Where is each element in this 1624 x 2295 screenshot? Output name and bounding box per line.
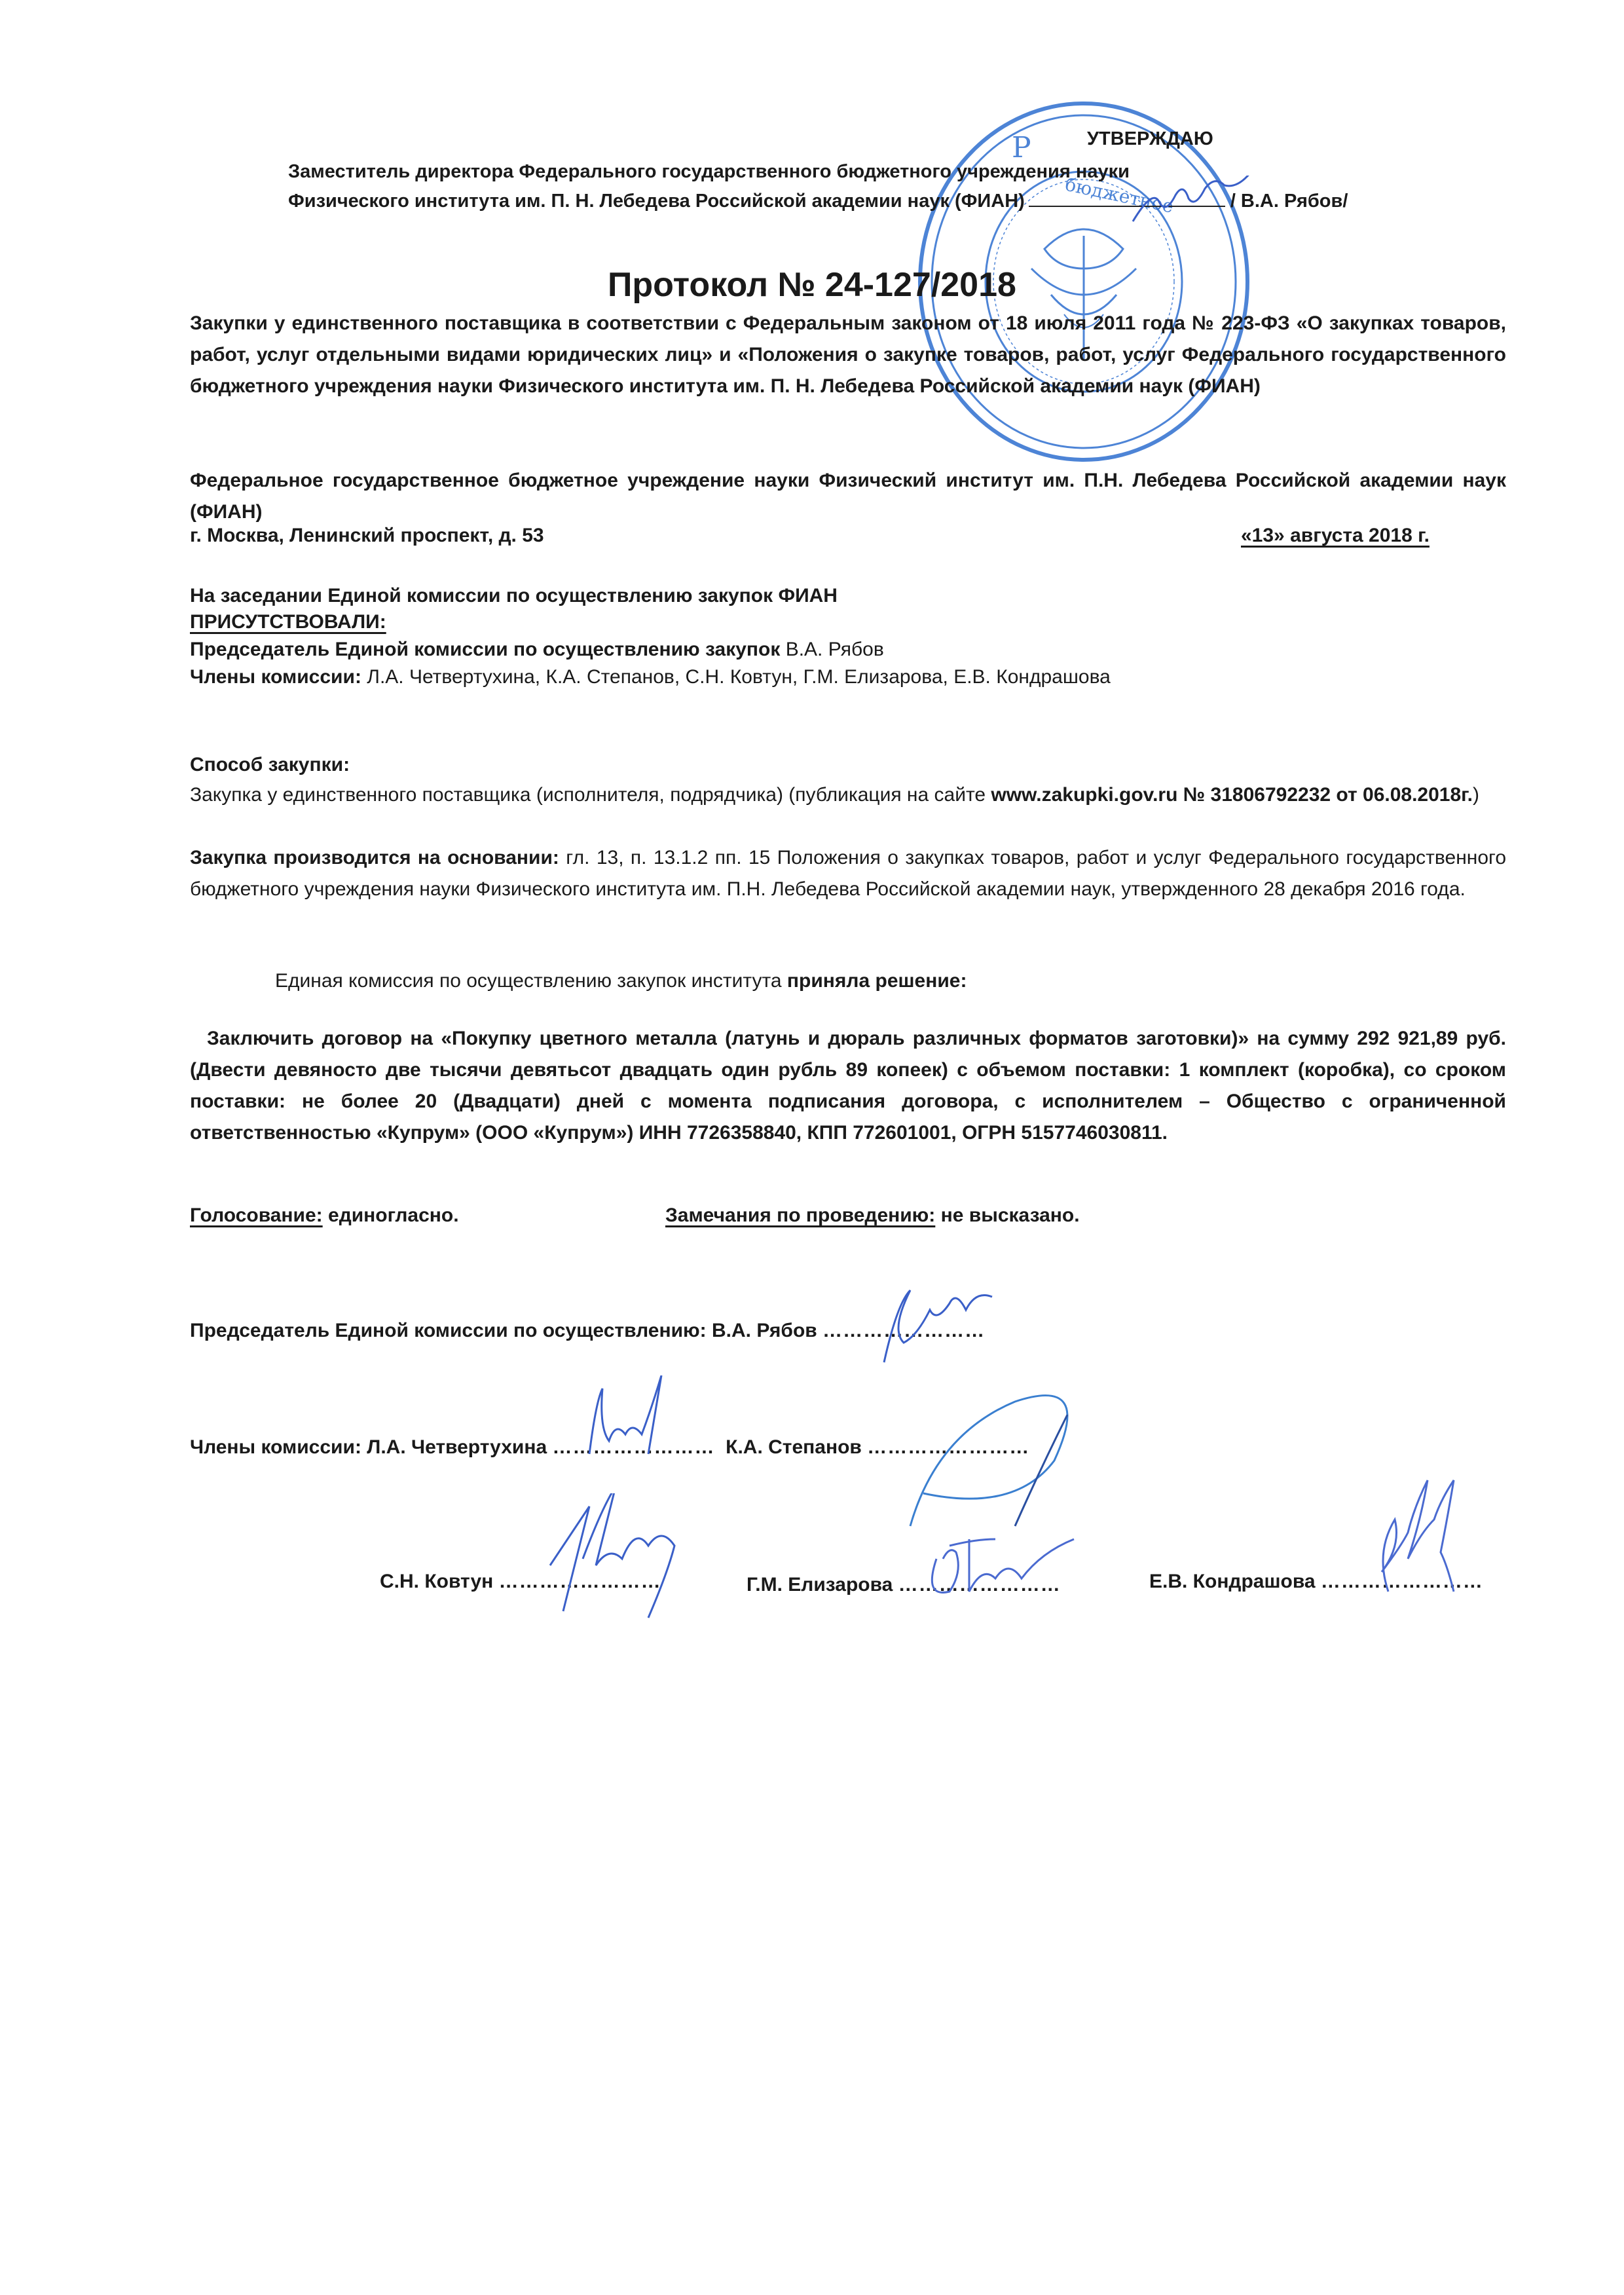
basis-paragraph: Закупка производится на основании: гл. 1… (190, 842, 1506, 905)
basis-label: Закупка производится на основании: (190, 847, 559, 868)
remarks-line: Замечания по проведению: не высказано. (665, 1203, 1080, 1229)
document-date: «13» августа 2018 г. (1241, 523, 1430, 549)
remarks-label: Замечания по проведению: (665, 1204, 935, 1226)
meeting-heading: На заседании Единой комиссии по осуществ… (190, 583, 838, 609)
kovtun-signature (544, 1493, 720, 1624)
vote-label: Голосование: (190, 1204, 323, 1226)
document-title: Протокол № 24-127/2018 (0, 265, 1624, 305)
remarks-value: не высказано. (935, 1204, 1079, 1226)
decision-intro: Единая комиссия по осуществлению закупок… (275, 968, 967, 994)
stepanov-name: К.А. Степанов (726, 1436, 862, 1458)
method-text-suffix: ) (1473, 784, 1479, 806)
decision-text: Заключить договор на «Покупку цветного м… (190, 1023, 1506, 1149)
elizarova-name: Г.М. Елизарова (747, 1574, 893, 1595)
vote-value: единогласно. (323, 1204, 459, 1226)
kovtun-name: С.Н. Ковтун (380, 1571, 493, 1592)
decision-intro-text: Единая комиссия по осуществлению закупок… (275, 970, 787, 992)
organization-name: Федеральное государственное бюджетное уч… (190, 465, 1506, 528)
chetvertukhina-signature (576, 1375, 707, 1461)
chair-label: Председатель Единой комиссии по осуществ… (190, 639, 780, 660)
kondrashova-name: Е.В. Кондрашова (1149, 1571, 1316, 1592)
approval-label: УТВЕРЖДАЮ (1087, 128, 1213, 150)
members-list: Л.А. Четвертухина, К.А. Степанов, С.Н. К… (361, 666, 1111, 688)
present-label: ПРИСУТСТВОВАЛИ: (190, 609, 386, 635)
svg-text:Р: Р (1012, 131, 1031, 164)
method-text: Закупка у единственного поставщика (испо… (190, 779, 1506, 811)
address: г. Москва, Ленинский проспект, д. 53 (190, 523, 544, 549)
method-text-prefix: Закупка у единственного поставщика (испо… (190, 784, 991, 806)
stepanov-signature (897, 1382, 1120, 1533)
chair-name: В.А. Рябов (780, 639, 883, 660)
approver-position-text: Физического института им. П. Н. Лебедева… (288, 191, 1025, 212)
chair-signature (858, 1277, 1094, 1369)
chair-line: Председатель Единой комиссии по осуществ… (190, 637, 884, 663)
members-signature-label: Члены комиссии: Л.А. Четвертухина (190, 1436, 547, 1458)
kondrashova-signature (1362, 1474, 1493, 1631)
members-line: Члены комиссии: Л.А. Четвертухина, К.А. … (190, 664, 1111, 690)
elizarova-signature (923, 1526, 1094, 1605)
decision-intro-bold: приняла решение: (787, 970, 967, 992)
intro-paragraph: Закупки у единственного поставщика в соо… (190, 308, 1506, 402)
approver-signature (1126, 176, 1323, 228)
approver-position-line1: Заместитель директора Федерального госуд… (288, 161, 1130, 183)
members-label: Члены комиссии: (190, 666, 361, 688)
vote-line: Голосование: единогласно. (190, 1203, 459, 1229)
publication-ref: www.zakupki.gov.ru № 31806792232 от 06.0… (991, 784, 1473, 806)
chair-signature-label: Председатель Единой комиссии по осуществ… (190, 1320, 817, 1341)
method-heading: Способ закупки: (190, 752, 350, 778)
